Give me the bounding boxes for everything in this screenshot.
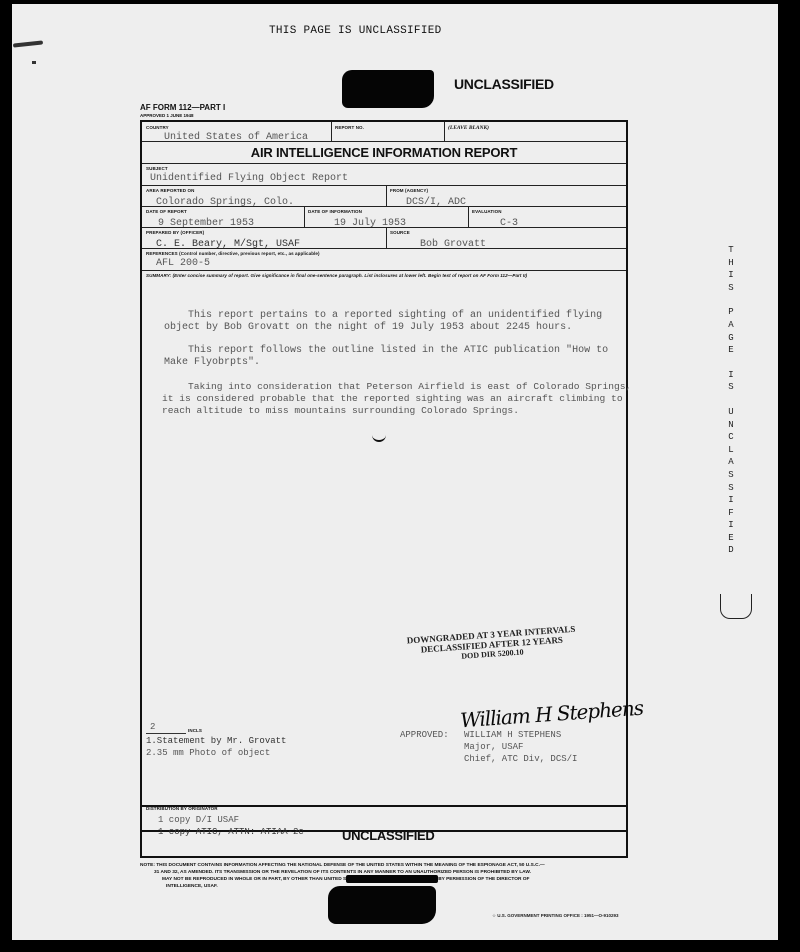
downgrade-stamp: DOWNGRADED AT 3 YEAR INTERVALS DECLASSIF… <box>386 622 598 666</box>
stamp-unclassified-top: UNCLASSIFIED <box>454 76 554 92</box>
paragraph-3-line-2: it is considered probable that the repor… <box>162 393 623 404</box>
report-no-label: REPORT NO. <box>335 125 364 130</box>
form-name: AF FORM 112—PART I <box>140 103 225 112</box>
document-page: THIS PAGE IS UNCLASSIFIED UNCLASSIFIED A… <box>12 4 778 940</box>
date-of-information-label: DATE OF INFORMATION <box>308 209 362 214</box>
page-classification-top: THIS PAGE IS UNCLASSIFIED <box>269 25 442 37</box>
redaction-block-note <box>346 875 438 883</box>
summary-label: SUMMARY: (Enter concise summary of repor… <box>146 273 527 278</box>
references-label: REFERENCES (Control number, directive, p… <box>146 251 320 256</box>
inclosures-count: 2 <box>150 722 155 732</box>
distribution-line-1: 1 copy D/I USAF <box>158 815 239 825</box>
note-line-1: NOTE: THIS DOCUMENT CONTAINS INFORMATION… <box>140 862 660 869</box>
side-bracket <box>720 594 752 619</box>
redaction-block-top <box>342 70 434 108</box>
leave-blank-label: (LEAVE BLANK) <box>448 125 489 131</box>
paragraph-1-line-2: object by Bob Grovatt on the night of 19… <box>164 322 572 333</box>
from-agency-label: FROM (Agency) <box>390 188 428 193</box>
inclosures-label: INCLS <box>188 728 202 733</box>
approver-title: Chief, ATC Div, DCS/I <box>464 754 577 764</box>
paragraph-1-line-1: This report pertains to a reported sight… <box>188 310 602 321</box>
subject-label: SUBJECT <box>146 166 168 171</box>
signature: William H Stephens <box>459 696 643 733</box>
references-value: AFL 200-5 <box>156 258 210 269</box>
paragraph-3-line-1: Taking into consideration that Peterson … <box>188 381 631 392</box>
area-reported-label: AREA REPORTED ON <box>146 188 194 193</box>
stamp-unclassified-bottom: UNCLASSIFIED <box>342 828 434 843</box>
inclosure-item-2: 2.35 mm Photo of object <box>146 748 270 758</box>
paragraph-2-line-2: Make Flyobrpts". <box>164 357 260 368</box>
check-mark-icon <box>372 434 386 442</box>
air-intelligence-report-form: COUNTRY United States of America REPORT … <box>140 120 628 832</box>
side-stamp-this-page-is-unclassified: T H I S P A G E I S U N C L A S S I F I … <box>724 244 738 557</box>
evaluation-label: EVALUATION <box>472 209 502 214</box>
paragraph-2-line-1: This report follows the outline listed i… <box>188 345 608 356</box>
subject-value: Unidentified Flying Object Report <box>150 173 348 184</box>
inclosure-item-1: 1.Statement by Mr. Grovatt <box>146 736 286 746</box>
scan-mark <box>32 61 36 64</box>
distribution-line-2: 1 copy ATIC, ATTN: ATIAA-2c <box>158 827 304 837</box>
report-title: AIR INTELLIGENCE INFORMATION REPORT <box>142 145 626 160</box>
redaction-block-bottom <box>328 886 436 924</box>
distribution-box: DISTRIBUTION BY ORIGINATOR 1 copy D/I US… <box>140 804 628 858</box>
printing-office-note: ☆ U.S. GOVERNMENT PRINTING OFFICE : 1951… <box>492 913 619 919</box>
source-label: SOURCE <box>390 230 410 235</box>
distribution-label: DISTRIBUTION BY ORIGINATOR <box>146 806 218 811</box>
paragraph-3-line-3: reach altitude to miss mountains surroun… <box>162 405 519 416</box>
form-approved-date: APPROVED 1 JUNE 1948 <box>140 113 194 118</box>
prepared-by-label: PREPARED BY (Officer) <box>146 230 204 235</box>
country-label: COUNTRY <box>146 125 169 130</box>
scan-mark <box>13 40 43 47</box>
date-of-report-label: DATE OF REPORT <box>146 209 187 214</box>
approved-label: APPROVED: <box>400 730 449 740</box>
approver-name: WILLIAM H STEPHENS <box>464 730 561 740</box>
approver-rank: Major, USAF <box>464 742 523 752</box>
